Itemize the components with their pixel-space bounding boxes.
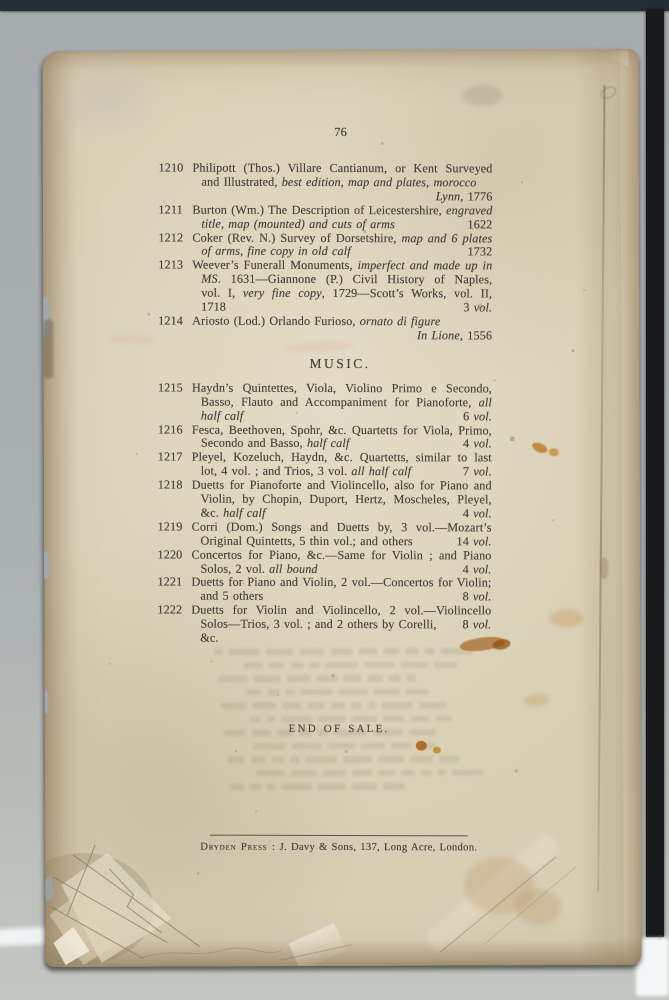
scanner-shadow-top [0, 0, 669, 11]
entry-line: vol. I, very fine copy, 1729—Scott’s Wor… [192, 287, 492, 302]
stain [463, 84, 503, 106]
catalog-page: 76 1210Philipott (Thos.) Villare Cantian… [42, 49, 641, 967]
catalog-entry: 1218Duetts for Pianoforte and Violincell… [156, 479, 492, 522]
bottom-fold [289, 923, 347, 967]
entry-price: 3 vol. [455, 301, 492, 315]
lot-number: 1216 [158, 423, 183, 437]
entry-line: Solos—Trios, 3 vol. ; and 2 others by Co… [191, 618, 491, 647]
catalog-entry: 1220Concertos for Piano, &c.—Same for Vi… [155, 548, 491, 577]
catalog-entry: 1212Coker (Rev. N.) Survey of Dorsetshir… [156, 231, 492, 260]
imprint-text: J. Davy & Sons, 137, Long Acre, London. [276, 842, 478, 854]
stain [515, 889, 561, 925]
entry-price: 8 vol. [455, 591, 492, 605]
catalog-entry: 1219Corri (Dom.) Songs and Duetts by, 3 … [156, 520, 492, 549]
lot-number: 1221 [157, 576, 182, 590]
lot-number: 1212 [158, 231, 183, 245]
catalog-entry: 1211Burton (Wm.) The Description of Leic… [156, 203, 492, 232]
entry-price: 8 vol. [454, 618, 491, 646]
catalog-entries: 1210Philipott (Thos.) Villare Cantianum,… [155, 162, 492, 647]
catalog-entry: 1216Fesca, Beethoven, Spohr, &c. Quartet… [156, 423, 492, 452]
entry-price: 4 vol. [455, 507, 492, 521]
lot-number: 1214 [158, 314, 183, 328]
page-content: 76 1210Philipott (Thos.) Villare Cantian… [42, 123, 638, 856]
page-number: 76 [43, 123, 639, 141]
diagonal-crease [484, 866, 576, 944]
entry-line: and Illustrated, best edition, map and p… [192, 176, 492, 191]
entry-price: 6 vol. [455, 410, 492, 424]
catalog-entry: 1213Weever’s Funerall Monuments, imperfe… [156, 259, 492, 316]
catalog-entry: 1210Philipott (Thos.) Villare Cantianum,… [156, 162, 492, 205]
entry-price: 7 vol. [455, 466, 492, 480]
entry-price: 1622 [460, 218, 493, 232]
stain [464, 856, 534, 914]
lot-number: 1219 [158, 520, 183, 534]
lot-number: 1210 [159, 162, 184, 176]
lot-number: 1217 [158, 451, 183, 465]
scanned-page-photo: 76 1210Philipott (Thos.) Villare Cantian… [0, 0, 669, 1000]
entry-price: 1732 [459, 246, 492, 260]
lot-number: 1222 [157, 604, 182, 618]
catalog-entry: 1214Ariosto (Lod.) Orlando Furioso, orna… [156, 314, 492, 343]
catalog-entry: 1215Haydn’s Quintettes, Viola, Violino P… [156, 381, 492, 424]
lot-number: 1220 [158, 548, 183, 562]
scanner-shadow-right [646, 9, 664, 937]
lot-number: 1218 [158, 479, 183, 493]
section-heading: MUSIC. [42, 354, 638, 373]
lot-number: 1215 [158, 381, 183, 395]
lot-number: 1211 [158, 203, 182, 217]
entry-price: 4 vol. [455, 438, 492, 452]
catalog-entry: 1222Duetts for Violin and Violincello, 2… [155, 604, 491, 647]
entry-price: 14 vol. [449, 535, 492, 549]
entry-line: In Lione, 1556 [192, 328, 492, 343]
catalog-entry: 1217Pleyel, Kozeluch, Haydn, &c. Quartet… [156, 451, 492, 480]
torn-corner [43, 818, 284, 967]
entry-price: 4 vol. [455, 563, 492, 577]
lot-number: 1213 [158, 259, 183, 273]
entry-line: Ariosto (Lod.) Orlando Furioso, ornato d… [192, 315, 492, 330]
catalog-entry: 1221Duetts for Piano and Violin, 2 vol.—… [155, 576, 491, 605]
diagonal-crease [440, 856, 557, 952]
end-of-sale: END OF SALE. [42, 721, 637, 738]
